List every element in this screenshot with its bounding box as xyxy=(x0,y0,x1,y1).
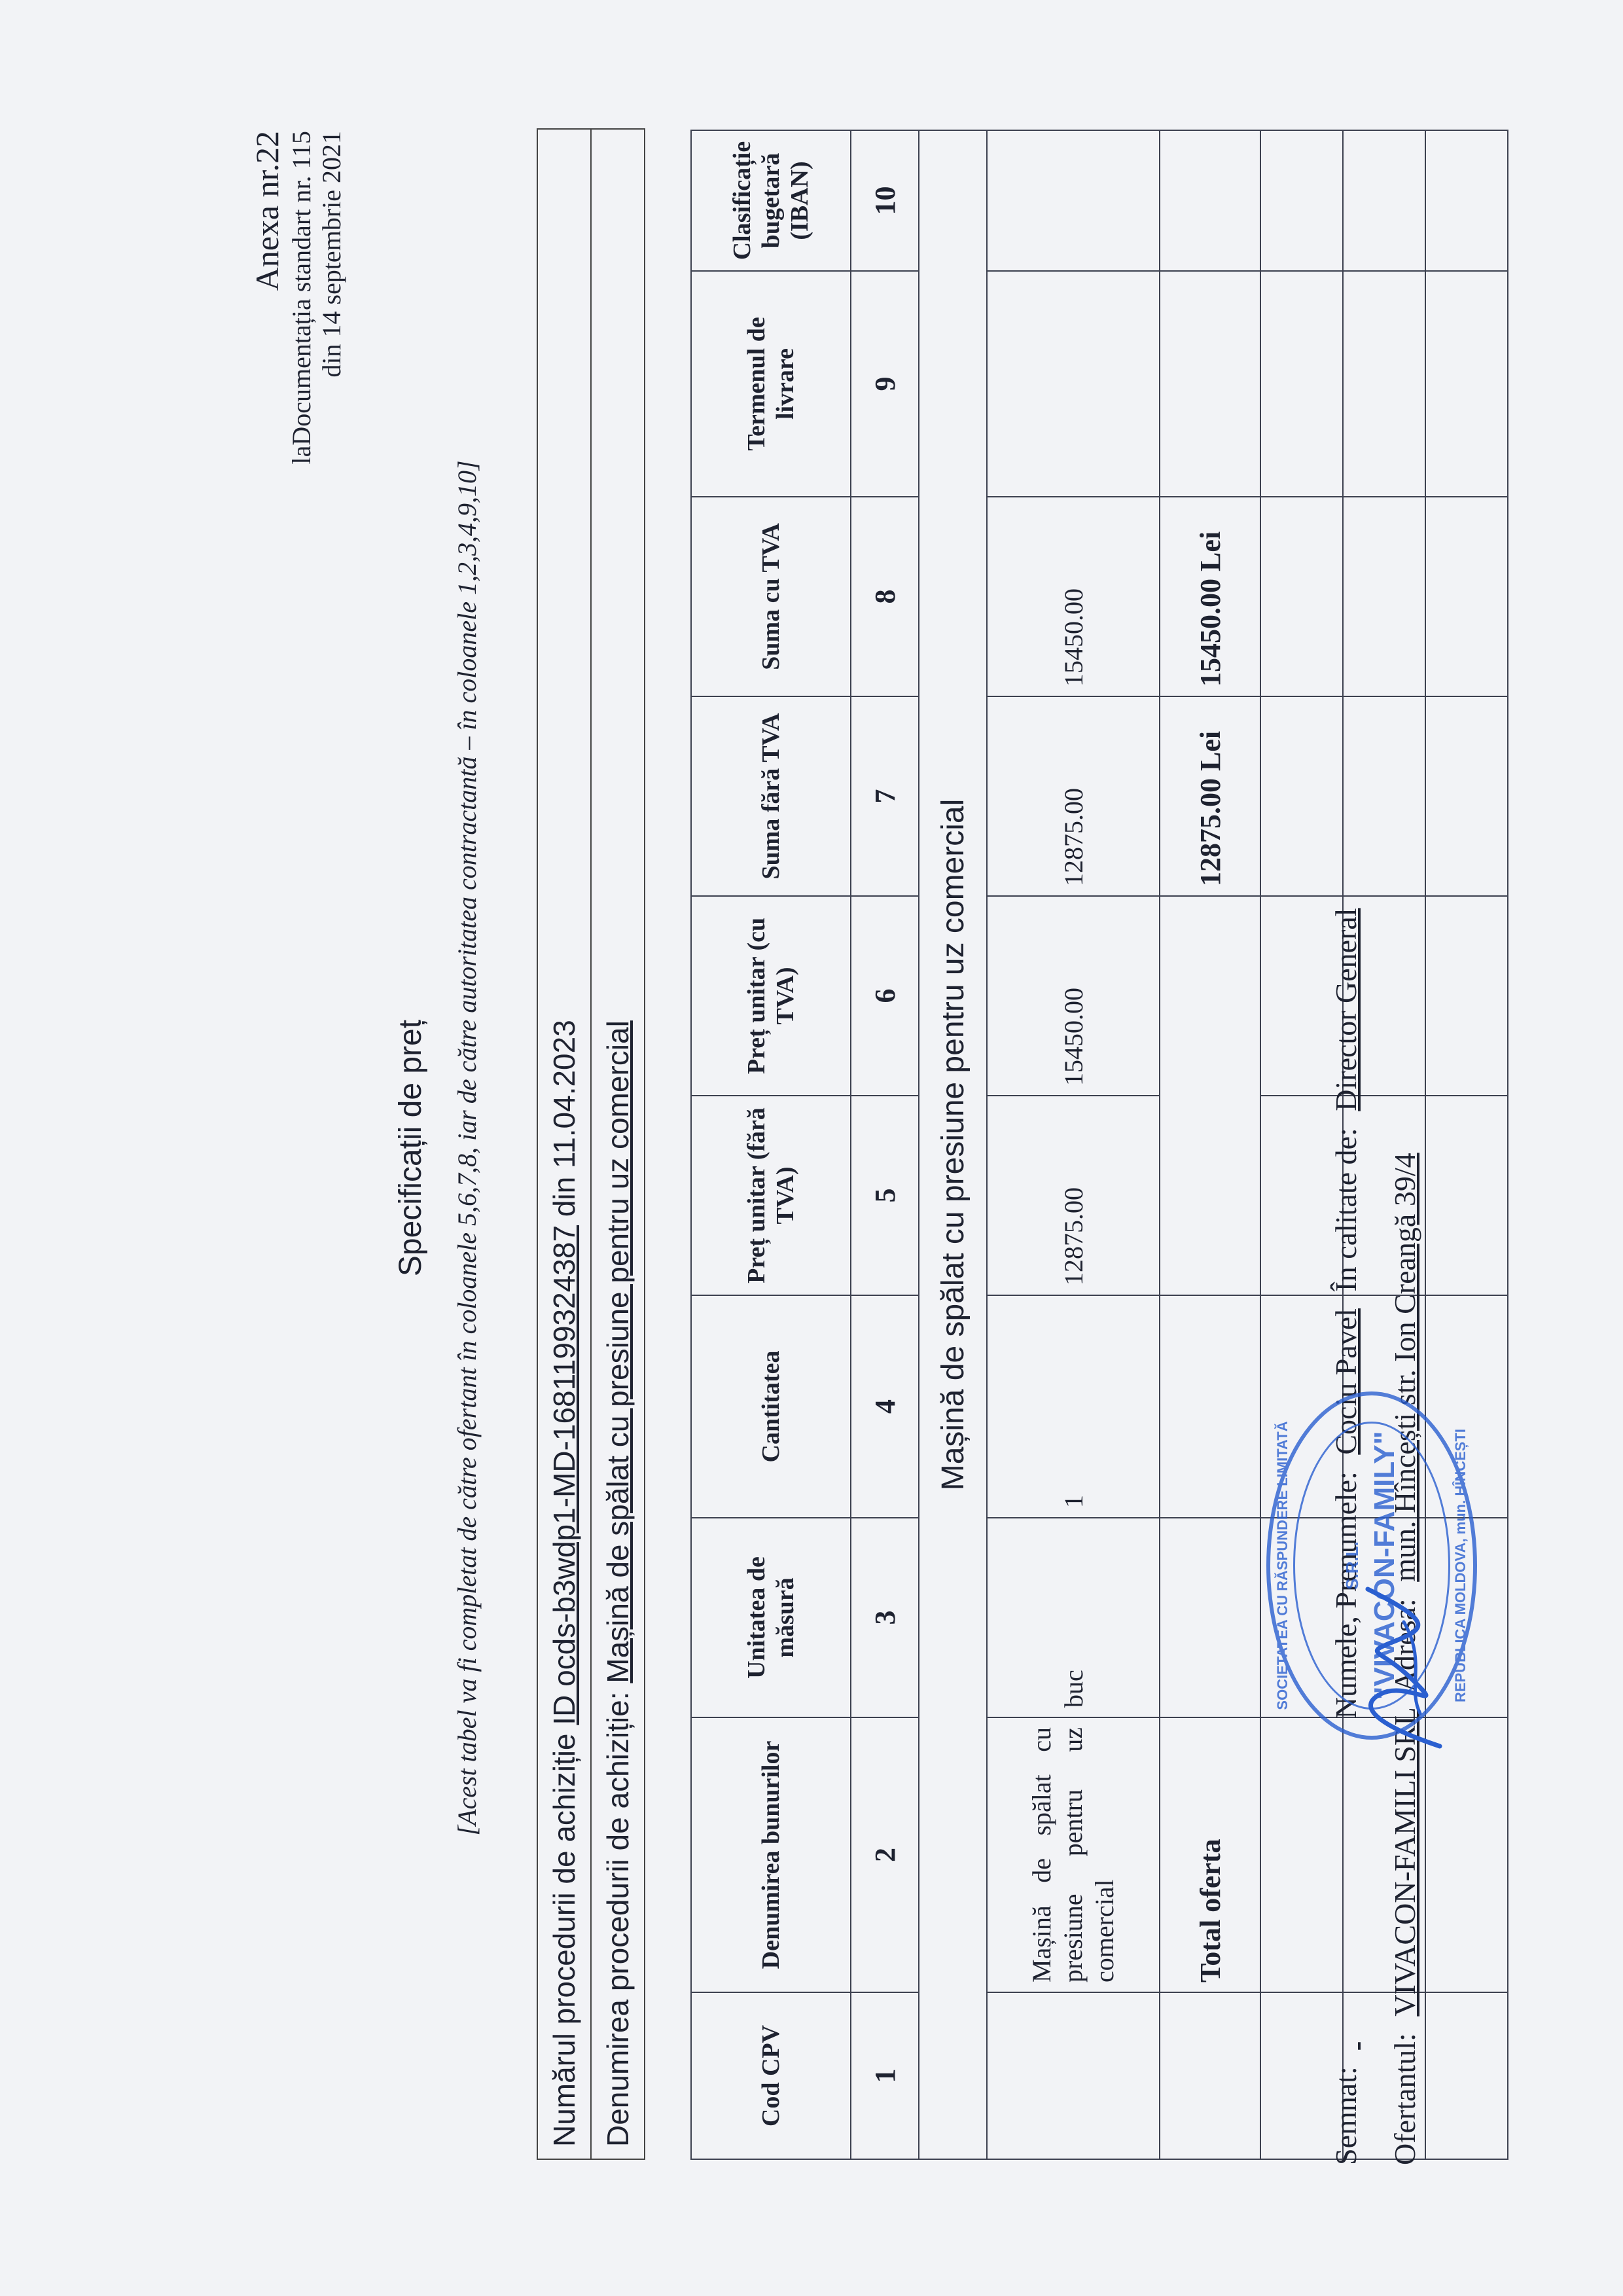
cell-sum-no-vat: 12875.00 xyxy=(987,696,1160,896)
total-label: Total oferta xyxy=(1160,1717,1260,1992)
price-spec-table: Cod CPV Denumirea bunurilor Unitatea de … xyxy=(690,130,1508,2160)
procedure-info-box: Numărul procedurii de achiziție ID ocds-… xyxy=(537,128,645,2160)
total-row: Total oferta 12875.00 Lei 15450.00 Lei xyxy=(1160,130,1260,2159)
header-delivery-term: Termenul de livrare xyxy=(691,271,851,497)
procedure-name-value: Mașină de spălat cu presiune pentru uz c… xyxy=(601,1020,635,1683)
header-budget-class: Clasificație bugetară (IBAN) xyxy=(691,130,851,271)
cell-delivery xyxy=(987,271,1160,497)
procedure-number-date: din 11.04.2023 xyxy=(547,1020,581,1217)
total-sum-vat: 15450.00 Lei xyxy=(1160,497,1260,696)
header-sum-vat: Suma cu TVA xyxy=(691,497,851,696)
signed-label: Semnat: xyxy=(1329,2066,1363,2165)
cell-unit-price-vat: 15450.00 xyxy=(987,896,1160,1096)
cell-cpv xyxy=(987,1992,1160,2159)
document-page: Anexa nr.22 laDocumentația standart nr. … xyxy=(0,0,1623,2296)
col-num: 5 xyxy=(851,1096,919,1295)
cell-goods-name: Mașină de spălat cu presiune pentru uz c… xyxy=(987,1717,1160,1992)
cell-unit: buc xyxy=(987,1518,1160,1717)
total-empty xyxy=(1160,896,1260,1295)
total-sum-no-vat: 12875.00 Lei xyxy=(1160,696,1260,896)
col-num: 2 xyxy=(851,1717,919,1992)
role-value: Director General xyxy=(1329,899,1363,1120)
total-cpv-cell xyxy=(1160,1992,1260,2159)
total-empty xyxy=(1160,130,1260,271)
col-num: 8 xyxy=(851,497,919,696)
annex-document: laDocumentația standart nr. 115 xyxy=(287,131,317,464)
bidder-label: Ofertantul: xyxy=(1388,2033,1421,2165)
col-num: 6 xyxy=(851,896,919,1096)
col-num: 3 xyxy=(851,1518,919,1717)
col-num: 9 xyxy=(851,271,919,497)
procedure-name-row: Denumirea procedurii de achiziție: Mașin… xyxy=(590,130,644,2159)
header-sum-no-vat: Suma fără TVA xyxy=(691,696,851,896)
total-empty xyxy=(1160,1518,1260,1717)
procedure-number-value: ID ocds-b3wdp1-MD-1681199324387 xyxy=(547,1225,581,1725)
cell-unit-price-no-vat: 12875.00 xyxy=(987,1096,1160,1295)
handwritten-signature-icon xyxy=(1342,1583,1453,1753)
table-row: Mașină de spălat cu presiune pentru uz c… xyxy=(987,130,1160,2159)
procedure-number-label: Numărul procedurii de achiziție xyxy=(547,1733,581,2147)
column-number-row: 1 2 3 4 5 6 7 8 9 10 xyxy=(851,130,919,2159)
page-title: Specificații de preț xyxy=(393,0,429,2296)
total-empty xyxy=(1160,1295,1260,1518)
header-cpv: Cod CPV xyxy=(691,1992,851,2159)
cell-sum-vat: 15450.00 xyxy=(987,497,1160,696)
role-label: În calitate de: xyxy=(1329,1128,1363,1291)
total-empty xyxy=(1160,271,1260,497)
col-num: 4 xyxy=(851,1295,919,1518)
header-quantity: Cantitatea xyxy=(691,1295,851,1518)
stamp-outer-bottom-text: REPUBLICA MOLDOVA, mun. HÎNCEȘTI xyxy=(1452,1395,1469,1736)
header-unit-price-vat: Preț unitar (cu TVA) xyxy=(691,896,851,1096)
empty-row xyxy=(1425,130,1508,2159)
procedure-number-row: Numărul procedurii de achiziție ID ocds-… xyxy=(538,130,590,2159)
instruction-note: [Acest tabel va fi completat de către of… xyxy=(452,0,482,2296)
col-num: 1 xyxy=(851,1992,919,2159)
lot-title-row: Mașină de spălat cu presiune pentru uz c… xyxy=(919,130,987,2159)
stamp-outer-top-text: SOCIETATEA CU RĂSPUNDERE LIMITATĂ xyxy=(1274,1395,1291,1736)
cell-iban xyxy=(987,130,1160,271)
procedure-name-label: Denumirea procedurii de achiziție: xyxy=(601,1692,635,2147)
header-unit-price-no-vat: Preț unitar (fără TVA) xyxy=(691,1096,851,1295)
annex-reference: Anexa nr.22 laDocumentația standart nr. … xyxy=(249,131,347,464)
annex-number: Anexa nr.22 xyxy=(249,131,287,464)
annex-date: din 14 septembrie 2021 xyxy=(317,131,347,464)
cell-quantity: 1 xyxy=(987,1295,1160,1518)
col-num: 7 xyxy=(851,696,919,896)
table-header-row: Cod CPV Denumirea bunurilor Unitatea de … xyxy=(691,130,851,2159)
lot-title: Mașină de spălat cu presiune pentru uz c… xyxy=(919,130,987,2159)
header-unit: Unitatea de măsură xyxy=(691,1518,851,1717)
signature-blank xyxy=(1329,1727,1363,2059)
col-num: 10 xyxy=(851,130,919,271)
header-goods-name: Denumirea bunurilor xyxy=(691,1717,851,1992)
